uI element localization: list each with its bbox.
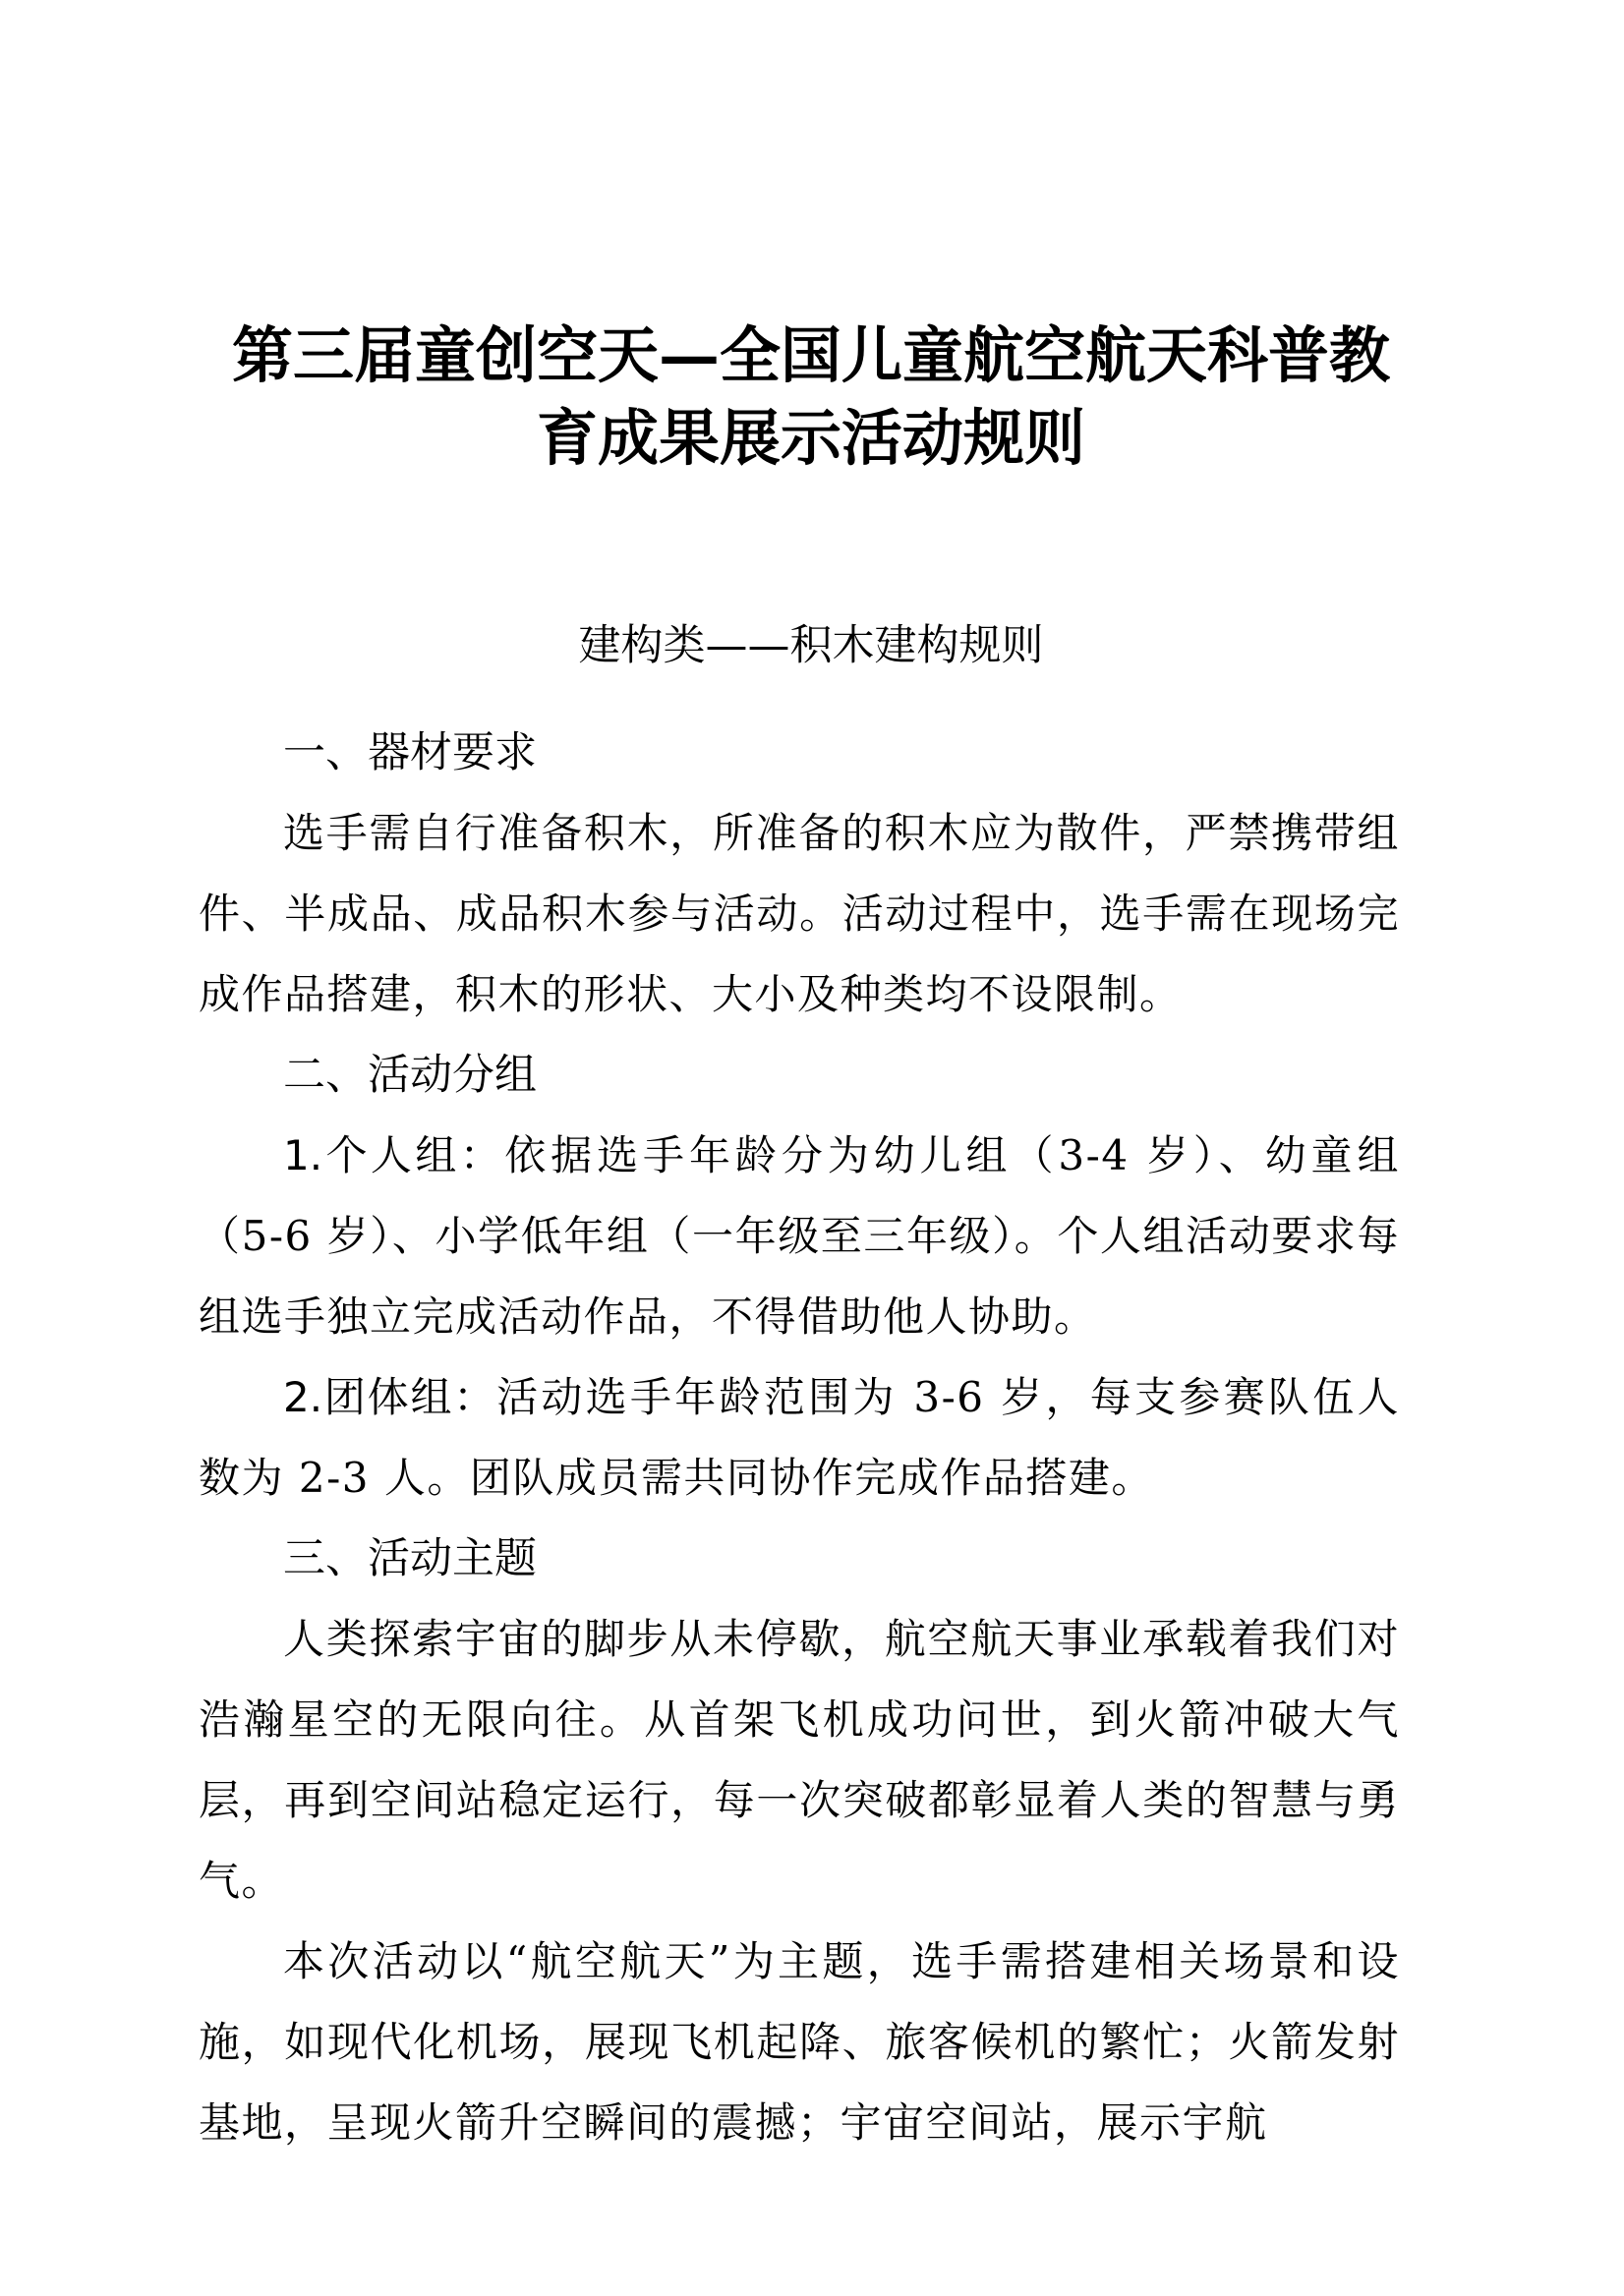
paragraph-text: 选手需自行准备积木，所准备的积木应为散件，严禁携带组件、半成品、成品积木参与活动… — [199, 809, 1400, 1018]
paragraph: 本次活动以“航空航天”为主题，选手需搭建相关场景和设施，如现代化机场，展现飞机起… — [199, 1922, 1400, 2163]
document-body: 一、器材要求 选手需自行准备积木，所准备的积木应为散件，严禁携带组件、半成品、成… — [199, 713, 1400, 2163]
paragraph-text: 人类探索宇宙的脚步从未停歇，航空航天事业承载着我们对浩瀚星空的无限向往。从首架飞… — [199, 1615, 1400, 1905]
document-title: 第三届童创空天—全国儿童航空航天科普教 育成果展示活动规则 — [197, 315, 1425, 480]
paragraph-lead-label: 1.个人组： — [283, 1131, 504, 1179]
paragraph: 选手需自行准备积木，所准备的积木应为散件，严禁携带组件、半成品、成品积木参与活动… — [199, 793, 1400, 1035]
paragraph-text: 本次活动以“航空航天”为主题，选手需搭建相关场景和设施，如现代化机场，展现飞机起… — [199, 1937, 1400, 2147]
document-subtitle: 建构类——积木建构规则 — [197, 614, 1425, 677]
section-heading: 二、活动分组 — [199, 1035, 1400, 1116]
document-title-line-1: 第三届童创空天—全国儿童航空航天科普教 — [197, 315, 1425, 397]
section-equipment-requirements: 一、器材要求 选手需自行准备积木，所准备的积木应为散件，严禁携带组件、半成品、成… — [199, 713, 1400, 1035]
section-activity-theme: 三、活动主题 人类探索宇宙的脚步从未停歇，航空航天事业承载着我们对浩瀚星空的无限… — [199, 1519, 1400, 2163]
document-title-line-2: 育成果展示活动规则 — [197, 397, 1425, 480]
paragraph-team-group: 2.团体组：活动选手年龄范围为 3-6 岁，每支参赛队伍人数为 2-3 人。团队… — [199, 1357, 1400, 1519]
paragraph: 人类探索宇宙的脚步从未停歇，航空航天事业承载着我们对浩瀚星空的无限向往。从首架飞… — [199, 1599, 1400, 1922]
section-heading: 三、活动主题 — [199, 1519, 1400, 1599]
paragraph-individual-group: 1.个人组：依据选手年龄分为幼儿组（3-4 岁）、幼童组（5-6 岁）、小学低年… — [199, 1116, 1400, 1357]
section-activity-groups: 二、活动分组 1.个人组：依据选手年龄分为幼儿组（3-4 岁）、幼童组（5-6 … — [199, 1035, 1400, 1519]
section-heading: 一、器材要求 — [199, 713, 1400, 793]
paragraph-lead-label: 2.团体组： — [283, 1373, 496, 1421]
document-page: 第三届童创空天—全国儿童航空航天科普教 育成果展示活动规则 建构类——积木建构规… — [0, 0, 1624, 2296]
